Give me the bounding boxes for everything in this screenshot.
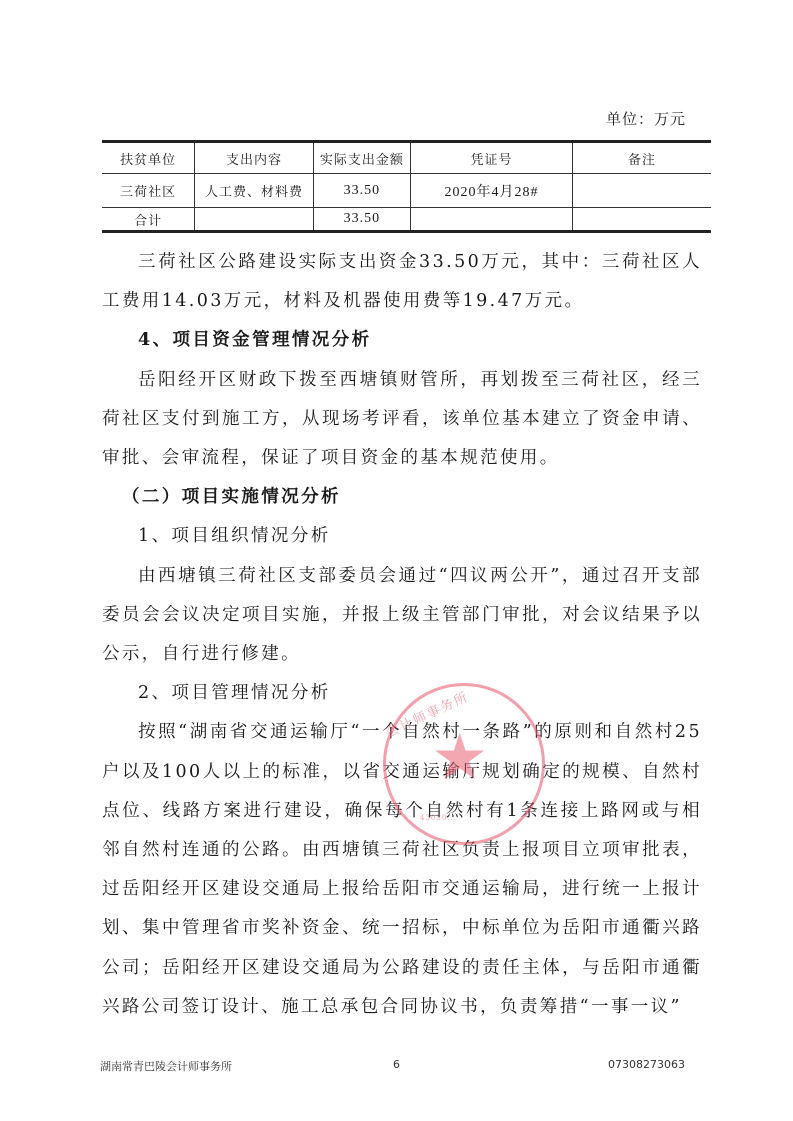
- total-label: 合计: [102, 208, 195, 232]
- paragraph-expenditure-summary: 三荷社区公路建设实际支出资金33.50万元，其中：三荷社区人工费用14.03万元…: [102, 243, 702, 321]
- total-row: 合计 33.50: [102, 208, 711, 232]
- header-remark: 备注: [573, 142, 711, 174]
- subheading-organization: 1、项目组织情况分析: [102, 517, 702, 556]
- expenditure-table: 扶贫单位 支出内容 实际支出金额 凭证号 备注 三荷社区 人工费、材料费 33.…: [102, 140, 711, 233]
- subheading-management: 2、项目管理情况分析: [102, 674, 702, 713]
- total-content: [195, 208, 313, 232]
- cell-content: 人工费、材料费: [195, 174, 313, 208]
- unit-label: 单位：万元: [606, 108, 686, 129]
- paragraph-management: 按照“湖南省交通运输厅“一个自然村一条路”的原则和自然村25户以及100人以上的…: [102, 713, 702, 1027]
- cell-remark: [573, 174, 711, 208]
- cell-unit: 三荷社区: [102, 174, 195, 208]
- heading-fund-management: 4、项目资金管理情况分析: [102, 321, 702, 360]
- table-header-row: 扶贫单位 支出内容 实际支出金额 凭证号 备注: [102, 142, 711, 174]
- table-row: 三荷社区 人工费、材料费 33.50 2020年4月28#: [102, 174, 711, 208]
- header-voucher: 凭证号: [411, 142, 573, 174]
- footer-phone: 07308273063: [608, 1058, 685, 1071]
- paragraph-fund-management: 岳阳经开区财政下拨至西塘镇财管所，再划拨至三荷社区，经三荷社区支付到施工方，从现…: [102, 361, 702, 479]
- paragraph-organization: 由西塘镇三荷社区支部委员会通过“四议两公开”，通过召开支部委员会会议决定项目实施…: [102, 557, 702, 675]
- page-number: 6: [100, 1058, 693, 1071]
- cell-voucher: 2020年4月28#: [411, 174, 573, 208]
- total-amount: 33.50: [313, 208, 411, 232]
- header-unit: 扶贫单位: [102, 142, 195, 174]
- header-amount: 实际支出金额: [313, 142, 411, 174]
- total-remark: [573, 208, 711, 232]
- cell-amount: 33.50: [313, 174, 411, 208]
- heading-implementation: （二）项目实施情况分析: [102, 478, 702, 517]
- total-voucher: [411, 208, 573, 232]
- header-content: 支出内容: [195, 142, 313, 174]
- document-body: 三荷社区公路建设实际支出资金33.50万元，其中：三荷社区人工费用14.03万元…: [102, 243, 702, 1027]
